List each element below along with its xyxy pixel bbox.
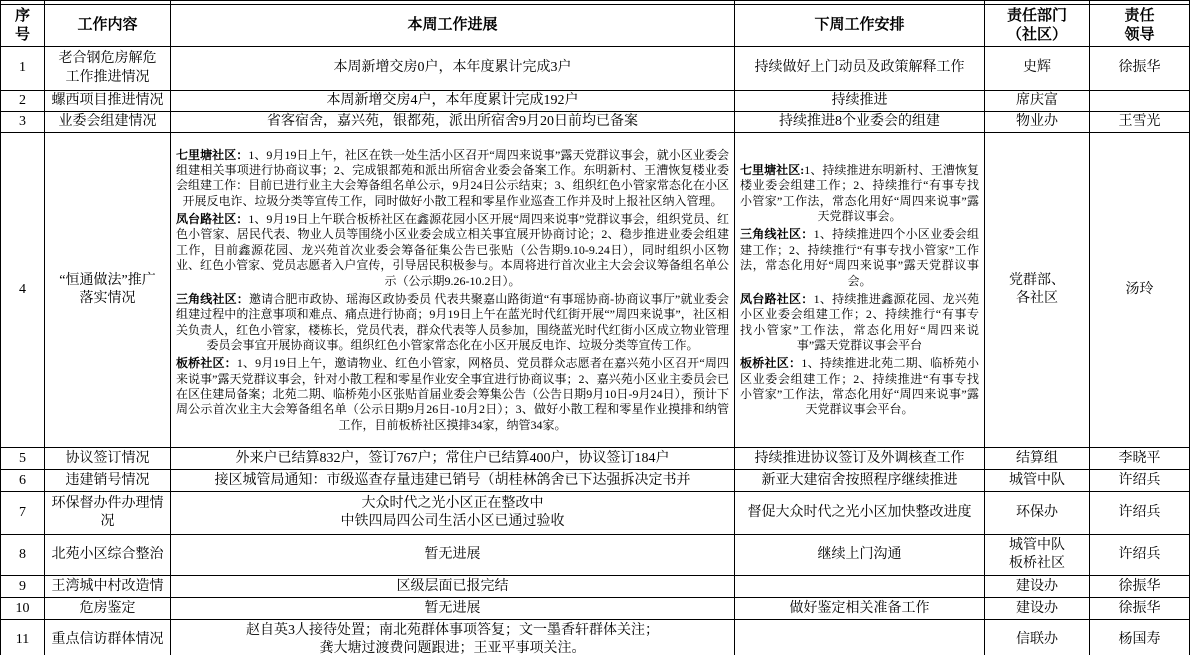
next-week-plan-cell (735, 620, 985, 655)
community-label: 凤台路社区： (176, 212, 248, 226)
community-paragraph: 板桥社区：1、持续推进北苑二期、临桥苑小区业委会组建工作；2、持续推进“有事专找… (740, 356, 979, 417)
department-cell: 城管中队 (985, 470, 1090, 492)
community-paragraph: 凤台路社区：1、9月19日上午联合板桥社区在鑫源花园小区开展“周四来说事”党群议… (176, 212, 729, 289)
this-week-progress-cell: 大众时代之光小区正在整改中 中铁四局四公司生活小区已通过验收 (171, 492, 735, 535)
row-number: 11 (1, 620, 45, 655)
leader-cell: 徐振华 (1090, 598, 1190, 620)
row-number: 7 (1, 492, 45, 535)
leader-cell: 徐振华 (1090, 576, 1190, 598)
row-number: 10 (1, 598, 45, 620)
department-cell: 物业办 (985, 112, 1090, 133)
work-content-cell: 环保督办件办理情 况 (45, 492, 171, 535)
this-week-progress-cell: 暂无进展 (171, 598, 735, 620)
next-week-plan-cell (735, 576, 985, 598)
header-no: 序 号 (1, 5, 45, 47)
table-row: 7环保督办件办理情 况大众时代之光小区正在整改中 中铁四局四公司生活小区已通过验… (1, 492, 1190, 535)
next-week-plan-cell: 持续推进 (735, 91, 985, 112)
this-week-progress-cell: 暂无进展 (171, 535, 735, 576)
department-cell: 城管中队 板桥社区 (985, 535, 1090, 576)
work-content-cell: 老合钢危房解危 工作推进情况 (45, 47, 171, 91)
row-number: 3 (1, 112, 45, 133)
community-label: 七里塘社区： (176, 148, 248, 162)
table-row: 9王湾城中村改造情区级层面已报完结建设办徐振华 (1, 576, 1190, 598)
leader-cell: 徐振华 (1090, 47, 1190, 91)
table-row: 1老合钢危房解危 工作推进情况本周新增交房0户，本年度累计完成3户持续做好上门动… (1, 47, 1190, 91)
next-week-plan-cell: 督促大众时代之光小区加快整改进度 (735, 492, 985, 535)
table-row: 8北苑小区综合整治暂无进展继续上门沟通城管中队 板桥社区许绍兵 (1, 535, 1190, 576)
community-label: 板桥社区： (740, 356, 801, 370)
next-week-plan-cell: 持续推进协议签订及外调核查工作 (735, 448, 985, 470)
work-content-cell: 螺西项目推进情况 (45, 91, 171, 112)
leader-cell: 许绍兵 (1090, 492, 1190, 535)
leader-cell: 许绍兵 (1090, 470, 1190, 492)
table-header: 序 号 工作内容 本周工作进展 下周工作安排 责任部门 （社区） 责任 领导 (1, 1, 1190, 47)
leader-cell: 杨国寿 (1090, 620, 1190, 655)
next-week-plan-cell: 持续推进8个业委会的组建 (735, 112, 985, 133)
work-content-cell: 协议签订情况 (45, 448, 171, 470)
department-cell: 建设办 (985, 576, 1090, 598)
department-cell: 席庆富 (985, 91, 1090, 112)
community-text: 1、9月19日上午，邀请物业、红色小管家，网格员、党员群众志愿者在嘉兴苑小区召开… (176, 356, 729, 431)
next-week-plan-cell: 继续上门沟通 (735, 535, 985, 576)
row-number: 9 (1, 576, 45, 598)
community-paragraph: 凤台路社区：1、持续推进鑫源花园、龙兴苑小区业委会组建工作；2、持续推行“有事专… (740, 292, 979, 353)
work-content-cell: 北苑小区综合整治 (45, 535, 171, 576)
row-number: 5 (1, 448, 45, 470)
table-row: 5协议签订情况外来户已结算832户，签订767户；常住户已结算400户，协议签订… (1, 448, 1190, 470)
row-number: 2 (1, 91, 45, 112)
this-week-progress-cell: 省客宿舍，嘉兴苑，银都苑，派出所宿舍9月20日前均已备案 (171, 112, 735, 133)
department-cell: 信联办 (985, 620, 1090, 655)
next-week-plan-cell: 做好鉴定相关准备工作 (735, 598, 985, 620)
leader-cell: 李晓平 (1090, 448, 1190, 470)
community-text: 1、9月19日上午联合板桥社区在鑫源花园小区开展“周四来说事”党群议事会，组织党… (176, 212, 729, 287)
department-cell: 结算组 (985, 448, 1090, 470)
this-week-progress-cell: 七里塘社区：1、9月19日上午，社区在铁一处生活小区召开“周四来说事”露天党群议… (171, 133, 735, 448)
community-paragraph: 七里塘社区:1、持续推进东明新村、王漕恢复楼业委会组建工作；2、持续推行“有事专… (740, 163, 979, 224)
work-report-sheet: 序 号 工作内容 本周工作进展 下周工作安排 责任部门 （社区） 责任 领导 1… (0, 0, 1190, 655)
row-number: 1 (1, 47, 45, 91)
community-label: 凤台路社区： (740, 292, 814, 306)
this-week-progress-cell: 本周新增交房4户，本年度累计完成192户 (171, 91, 735, 112)
community-paragraph: 三角线社区：1、持续推进四个小区业委会组建工作；2、持续推行“有事专找小管家”工… (740, 227, 979, 288)
table-row: 10危房鉴定暂无进展做好鉴定相关准备工作建设办徐振华 (1, 598, 1190, 620)
work-content-cell: 王湾城中村改造情 (45, 576, 171, 598)
work-content-cell: 业委会组建情况 (45, 112, 171, 133)
this-week-progress-cell: 本周新增交房0户，本年度累计完成3户 (171, 47, 735, 91)
community-paragraph: 板桥社区：1、9月19日上午，邀请物业、红色小管家，网格员、党员群众志愿者在嘉兴… (176, 356, 729, 433)
table-row: 4“恒通做法”推广 落实情况七里塘社区：1、9月19日上午，社区在铁一处生活小区… (1, 133, 1190, 448)
table-row: 2螺西项目推进情况本周新增交房4户，本年度累计完成192户持续推进席庆富 (1, 91, 1190, 112)
next-week-plan-cell: 新亚大建宿舍按照程序继续推进 (735, 470, 985, 492)
next-week-plan-cell: 七里塘社区:1、持续推进东明新村、王漕恢复楼业委会组建工作；2、持续推行“有事专… (735, 133, 985, 448)
weekly-work-report-table: 序 号 工作内容 本周工作进展 下周工作安排 责任部门 （社区） 责任 领导 1… (0, 0, 1190, 655)
row-number: 4 (1, 133, 45, 448)
this-week-progress-cell: 接区城管局通知：市级巡查存量违建已销号（胡桂林鸽舍已下达强拆决定书并 (171, 470, 735, 492)
header-this-week-progress: 本周工作进展 (171, 5, 735, 47)
community-label: 七里塘社区: (740, 163, 804, 177)
table-row: 6违建销号情况接区城管局通知：市级巡查存量违建已销号（胡桂林鸽舍已下达强拆决定书… (1, 470, 1190, 492)
header-work-content: 工作内容 (45, 5, 171, 47)
department-cell: 党群部、 各社区 (985, 133, 1090, 448)
row-number: 8 (1, 535, 45, 576)
work-content-cell: 重点信访群体情况 (45, 620, 171, 655)
department-cell: 环保办 (985, 492, 1090, 535)
work-content-cell: 危房鉴定 (45, 598, 171, 620)
department-cell: 建设办 (985, 598, 1090, 620)
community-text: 1、9月19日上午，社区在铁一处生活小区召开“周四来说事”露天党群议事会，就小区… (176, 148, 729, 208)
work-content-cell: 违建销号情况 (45, 470, 171, 492)
table-row: 11重点信访群体情况赵自英3人接待处置；南北苑群体事项答复；文一墨香轩群体关注；… (1, 620, 1190, 655)
next-week-plan-cell: 持续做好上门动员及政策解释工作 (735, 47, 985, 91)
community-paragraph: 三角线社区：邀请合肥市政协、瑶海区政协委员 代表共聚嘉山路街道“有事瑶协商-协商… (176, 292, 729, 353)
this-week-progress-cell: 赵自英3人接待处置；南北苑群体事项答复；文一墨香轩群体关注； 龚大塘过渡费问题跟… (171, 620, 735, 655)
leader-cell: 汤玲 (1090, 133, 1190, 448)
row-number: 6 (1, 470, 45, 492)
department-cell: 史辉 (985, 47, 1090, 91)
community-text: 邀请合肥市政协、瑶海区政协委员 代表共聚嘉山路街道“有事瑶协商-协商议事厅”就业… (176, 292, 729, 352)
header-leader: 责任 领导 (1090, 5, 1190, 47)
community-paragraph: 七里塘社区：1、9月19日上午，社区在铁一处生活小区召开“周四来说事”露天党群议… (176, 148, 729, 209)
table-row: 3业委会组建情况省客宿舍，嘉兴苑，银都苑，派出所宿舍9月20日前均已备案持续推进… (1, 112, 1190, 133)
this-week-progress-cell: 区级层面已报完结 (171, 576, 735, 598)
header-row: 序 号 工作内容 本周工作进展 下周工作安排 责任部门 （社区） 责任 领导 (1, 5, 1190, 47)
community-label: 三角线社区： (176, 292, 249, 306)
work-content-cell: “恒通做法”推广 落实情况 (45, 133, 171, 448)
header-department: 责任部门 （社区） (985, 5, 1090, 47)
leader-cell (1090, 91, 1190, 112)
header-next-week-plan: 下周工作安排 (735, 5, 985, 47)
community-label: 板桥社区： (176, 356, 237, 370)
community-label: 三角线社区： (740, 227, 814, 241)
leader-cell: 王雪光 (1090, 112, 1190, 133)
this-week-progress-cell: 外来户已结算832户，签订767户；常住户已结算400户，协议签订184户 (171, 448, 735, 470)
leader-cell: 许绍兵 (1090, 535, 1190, 576)
table-body: 1老合钢危房解危 工作推进情况本周新增交房0户，本年度累计完成3户持续做好上门动… (1, 47, 1190, 655)
